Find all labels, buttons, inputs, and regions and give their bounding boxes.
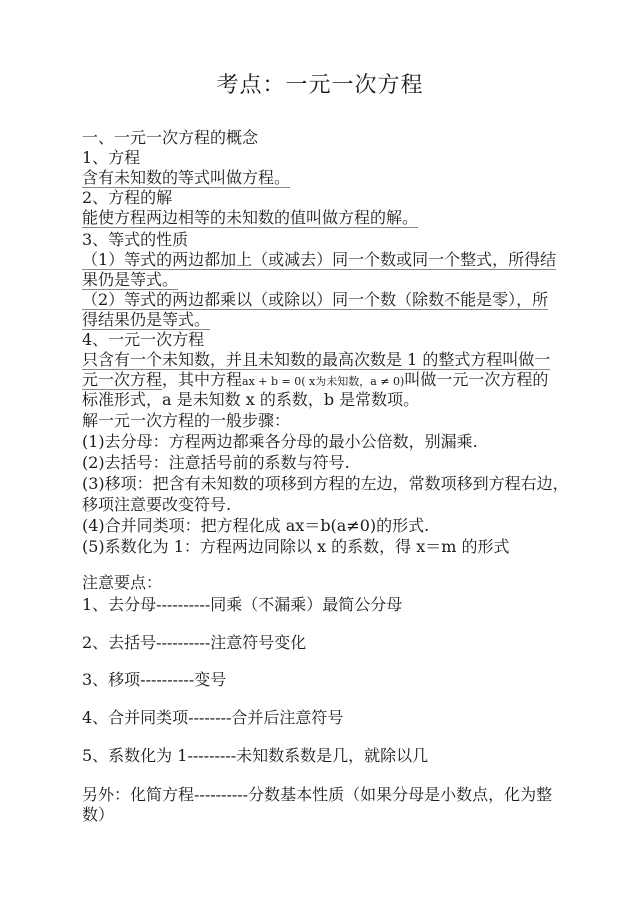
subheading-linear-equation: 4、一元一次方程 bbox=[82, 330, 204, 350]
linear-def-line2: 元一次方程，其中方程ax + b = 0( x为未知数，a ≠ 0)叫做一元一次… bbox=[82, 370, 548, 392]
linear-def-text: ，其中方程 bbox=[162, 370, 242, 389]
subheading-solution: 2、方程的解 bbox=[82, 188, 172, 208]
subheading-properties: 3、等式的性质 bbox=[82, 230, 188, 250]
page-title: 考点：一元一次方程 bbox=[0, 68, 640, 99]
definition-equation: 含有未知数的等式叫做方程。 bbox=[82, 168, 290, 188]
property-2-line2: 得结果仍是等式。 bbox=[82, 310, 210, 330]
steps-heading: 解一元一次方程的一般步骤： bbox=[82, 411, 290, 431]
property-1-line1: （1）等式的两边都加上（或减去）同一个数或同一个整式，所得结 bbox=[82, 250, 556, 270]
note-item: 5、系数化为 1---------未知数系数是几，就除以几 bbox=[82, 746, 428, 766]
property-1-line2: 果仍是等式。 bbox=[82, 270, 178, 290]
note-item: 4、合并同类项--------合并后注意符号 bbox=[82, 708, 343, 728]
step-item: (4)合并同类项：把方程化成 ax＝b(a≠0)的形式. bbox=[82, 516, 429, 536]
step-item: (2)去括号：注意括号前的系数与符号. bbox=[82, 453, 350, 473]
subheading-equation: 1、方程 bbox=[82, 148, 140, 168]
linear-def-line3: 标准形式，a 是未知数 x 的系数，b 是常数项。 bbox=[82, 390, 419, 410]
note-item: 3、移项----------变号 bbox=[82, 670, 226, 690]
linear-def-line1: 只含有一个未知数，并且未知数的最高次数是 1 的整式方程叫做一 bbox=[82, 350, 550, 370]
note-item: 2、去括号----------注意符号变化 bbox=[82, 633, 306, 653]
linear-def-term: 元一次方程 bbox=[82, 370, 162, 390]
standard-form-formula: ax + b = 0( x为未知数，a ≠ 0) bbox=[242, 375, 404, 388]
step-item: (3)移项：把含有未知数的项移到方程的左边，常数项移到方程右边， bbox=[82, 474, 569, 494]
note-extra-line1: 另外：化简方程----------分数基本性质（如果分母是小数点，化为整 bbox=[82, 785, 552, 805]
step-item: (1)去分母：方程两边都乘各分母的最小公倍数，别漏乘. bbox=[82, 432, 478, 452]
property-2-line1: （2）等式的两边都乘以（或除以）同一个数（除数不能是零），所 bbox=[82, 290, 548, 310]
linear-def-text-2: 叫做一元一次方程的 bbox=[404, 370, 548, 389]
section-heading: 一、一元一次方程的概念 bbox=[82, 128, 258, 148]
step-item: (5)系数化为 1：方程两边同除以 x 的系数，得 x＝m 的形式 bbox=[82, 537, 510, 557]
notes-heading: 注意要点： bbox=[82, 573, 162, 593]
step-item: 移项注意要改变符号. bbox=[82, 495, 231, 515]
note-extra-line2: 数） bbox=[82, 805, 114, 825]
note-item: 1、去分母----------同乘（不漏乘）最简公分母 bbox=[82, 595, 402, 615]
definition-solution: 能使方程两边相等的未知数的值叫做方程的解。 bbox=[82, 208, 418, 228]
